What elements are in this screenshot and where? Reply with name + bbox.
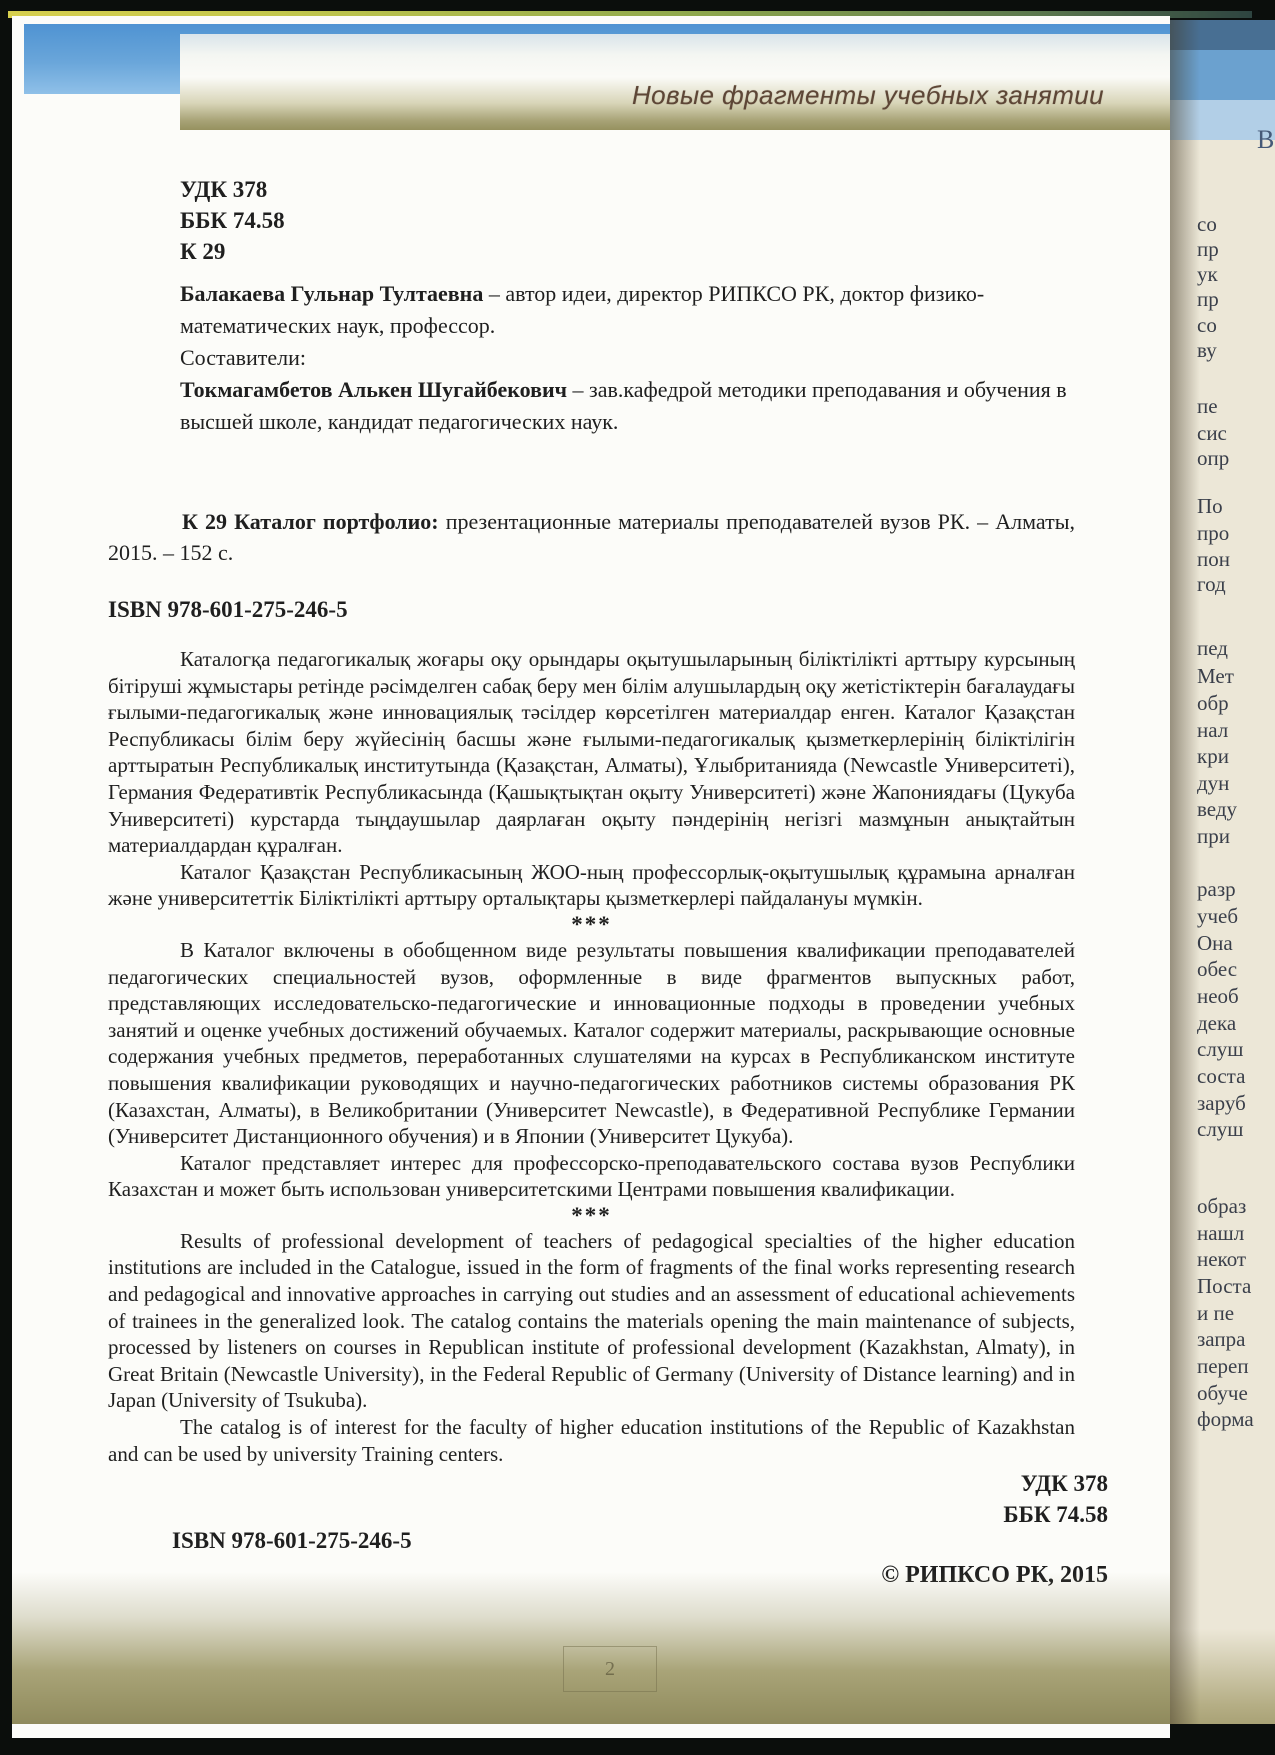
next-page-text-fragment: пр [1197,237,1219,262]
next-page-text-fragment: при [1197,824,1230,849]
next-page-text-fragment: переп [1197,1354,1249,1379]
section-separator: *** [108,1203,1075,1228]
page-number: 2 [563,1646,657,1692]
author-name: Балакаева Гульнар Тултаевна [180,281,483,306]
next-page-text-fragment: образ [1197,1194,1246,1219]
next-page-text-fragment: пр [1197,287,1219,312]
next-page-text-fragment: слуш [1197,1037,1243,1062]
author-line: Балакаева Гульнар Тултаевна – автор идеи… [180,278,1085,342]
next-page-text-fragment: учеб [1197,904,1238,929]
next-page-text-fragment: В [1257,125,1274,155]
compilers-label: Составители: [180,342,1085,374]
next-page-text-fragment: опр [1197,446,1229,471]
next-page-text-fragment: нал [1197,718,1228,743]
k29-code: К 29 [180,236,285,267]
footer-udk-code: УДК 378 [1003,1468,1108,1499]
next-page-text: ВсопрукпрсовупесисопрПопропонгодпедМетоб… [1170,20,1275,1724]
next-page-text-fragment: год [1197,572,1226,597]
next-page-text-fragment: слуш [1197,1117,1243,1142]
annotation-kazakh-2: Каталог Қазақстан Республикасының ЖОО-ны… [108,859,1075,912]
next-page-text-fragment: обр [1197,691,1229,716]
next-page-text-fragment: ву [1197,338,1217,363]
next-page-edge: ВсопрукпрсовупесисопрПопропонгодпедМетоб… [1170,20,1275,1724]
udk-code: УДК 378 [180,174,285,205]
next-page-text-fragment: нашл [1197,1221,1244,1246]
scanned-book-spread: { "banner": { "title": "Новые фрагменты … [0,0,1275,1755]
next-page-text-fragment: запра [1197,1327,1245,1352]
book-page: Новые фрагменты учебных занятии УДК 378 … [12,16,1170,1738]
footer-classification-codes: УДК 378 ББК 74.58 [1003,1468,1108,1530]
next-page-text-fragment: Мет [1197,664,1234,689]
next-page-text-fragment: обуче [1197,1381,1248,1406]
annotation-kazakh-1: Каталогқа педагогикалық жоғары оқу орынд… [108,646,1075,859]
next-page-text-fragment: Она [1197,931,1233,956]
compiler-line: Токмагамбетов Алькен Шугайбекович – зав.… [180,374,1085,438]
authors-block: Балакаева Гульнар Тултаевна – автор идеи… [180,278,1085,438]
next-page-text-fragment: дека [1197,1011,1236,1036]
isbn-bottom: ISBN 978-601-275-246-5 [172,1528,412,1554]
next-page-text-fragment: соста [1197,1064,1245,1089]
next-page-text-fragment: разр [1197,877,1236,902]
annotation-russian-2: Каталог представляет интерес для професс… [108,1150,1075,1203]
next-page-text-fragment: Поста [1197,1274,1251,1299]
annotation-english-2: The catalog is of interest for the facul… [108,1414,1075,1467]
next-page-text-fragment: необ [1197,984,1239,1009]
footer-bbk-code: ББК 74.58 [1003,1499,1108,1530]
annotation-english-1: Results of professional development of t… [108,1228,1075,1414]
next-page-text-fragment: кри [1197,744,1229,769]
next-page-text-fragment: ук [1197,262,1218,287]
classification-codes: УДК 378 ББК 74.58 К 29 [180,174,285,267]
next-page-text-fragment: дун [1197,771,1229,796]
next-page-text-fragment: По [1197,494,1223,519]
next-page-text-fragment: сис [1197,421,1227,446]
compiler-name: Токмагамбетов Алькен Шугайбекович [180,377,567,402]
catalog-entry: К 29 Каталог портфолио: презентационные … [108,506,1075,568]
next-page-text-fragment: веду [1197,797,1237,822]
chapter-header-banner: Новые фрагменты учебных занятии [180,34,1170,130]
next-page-text-fragment: со [1197,313,1217,338]
chapter-header-title: Новые фрагменты учебных занятии [632,80,1104,111]
isbn-top: ISBN 978-601-275-246-5 [108,597,348,623]
next-page-text-fragment: и пе [1197,1301,1234,1326]
next-page-text-fragment: некот [1197,1247,1246,1272]
next-page-text-fragment: со [1197,212,1217,237]
next-page-footer-band [1170,1629,1275,1724]
next-page-text-fragment: пон [1197,547,1230,572]
annotation-russian-1: В Каталог включены в обобщенном виде рез… [108,937,1075,1150]
next-page-text-fragment: пе [1197,394,1218,419]
next-page-text-fragment: обес [1197,957,1237,982]
catalog-entry-title: К 29 Каталог портфолио: [182,509,439,534]
next-page-text-fragment: форма [1197,1407,1254,1432]
next-page-text-fragment: про [1197,521,1229,546]
bbk-code: ББК 74.58 [180,205,285,236]
annotation-text: Каталогқа педагогикалық жоғары оқу орынд… [108,646,1075,1467]
section-separator: *** [108,912,1075,937]
next-page-text-fragment: пед [1197,636,1228,661]
next-page-text-fragment: заруб [1197,1091,1246,1116]
